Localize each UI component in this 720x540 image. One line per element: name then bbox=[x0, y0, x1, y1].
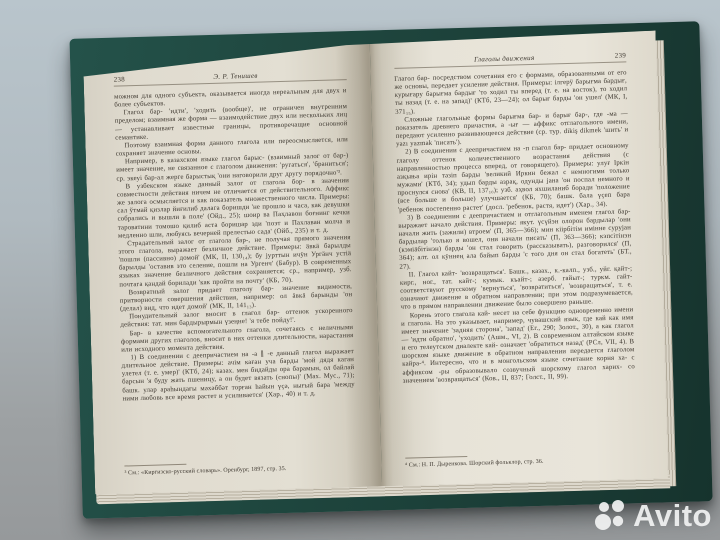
paragraph: 3) В соединении с деепричастием и отглаг… bbox=[398, 208, 632, 272]
left-page-number: 238 bbox=[114, 75, 126, 83]
footnote-rule bbox=[124, 463, 186, 466]
left-running-title: Э. Р. Тенишев bbox=[125, 69, 346, 83]
paragraph: Корень этого глагола кай- несет на себе … bbox=[401, 306, 635, 386]
right-footnote-text: ⁴ См.: Н. П. Дыренкова. Шорский фольклор… bbox=[405, 458, 544, 468]
avito-watermark-label: Avito bbox=[633, 498, 712, 534]
left-page: 238 Э. Р. Тенишев можном для одного субъ… bbox=[83, 39, 382, 495]
right-page: Глаголы движения 239 Глагол бар- посредс… bbox=[369, 31, 668, 487]
paragraph: Глагол бар- посредством сочетания его с … bbox=[394, 69, 628, 116]
right-footnote: ⁴ См.: Н. П. Дыренкова. Шорский фольклор… bbox=[405, 448, 638, 470]
paragraph: Страдательный залог от глагола бар-, не … bbox=[118, 234, 352, 289]
footnote-rule bbox=[405, 456, 467, 459]
avito-watermark: Avito bbox=[594, 498, 712, 534]
paragraph: В узбекском языке данный залог от глагол… bbox=[117, 177, 351, 241]
page-spread: 238 Э. Р. Тенишев можном для одного субъ… bbox=[83, 31, 668, 495]
right-running-head: Глаголы движения 239 bbox=[394, 51, 627, 68]
paragraph: 1) В соединении с деепричастием на -а ∥ … bbox=[121, 348, 355, 403]
open-book: 238 Э. Р. Тенишев можном для одного субъ… bbox=[69, 17, 712, 518]
left-running-head: 238 Э. Р. Тенишев bbox=[114, 69, 347, 86]
left-footnote: ³ См.: «Киргизско-русский словарь». Орен… bbox=[124, 456, 357, 478]
avito-logo-icon bbox=[594, 499, 628, 533]
paragraph: 2) В соединении с деепричастием на -п гл… bbox=[396, 143, 630, 215]
paragraph: II. Глагол кайт- 'возвращаться'. Башк., … bbox=[400, 265, 634, 312]
left-footnote-text: ³ См.: «Киргизско-русский словарь». Орен… bbox=[125, 466, 287, 477]
right-page-number: 239 bbox=[615, 51, 627, 59]
right-running-title: Глаголы движения bbox=[394, 52, 615, 66]
book-photo: 238 Э. Р. Тенишев можном для одного субъ… bbox=[0, 0, 720, 540]
